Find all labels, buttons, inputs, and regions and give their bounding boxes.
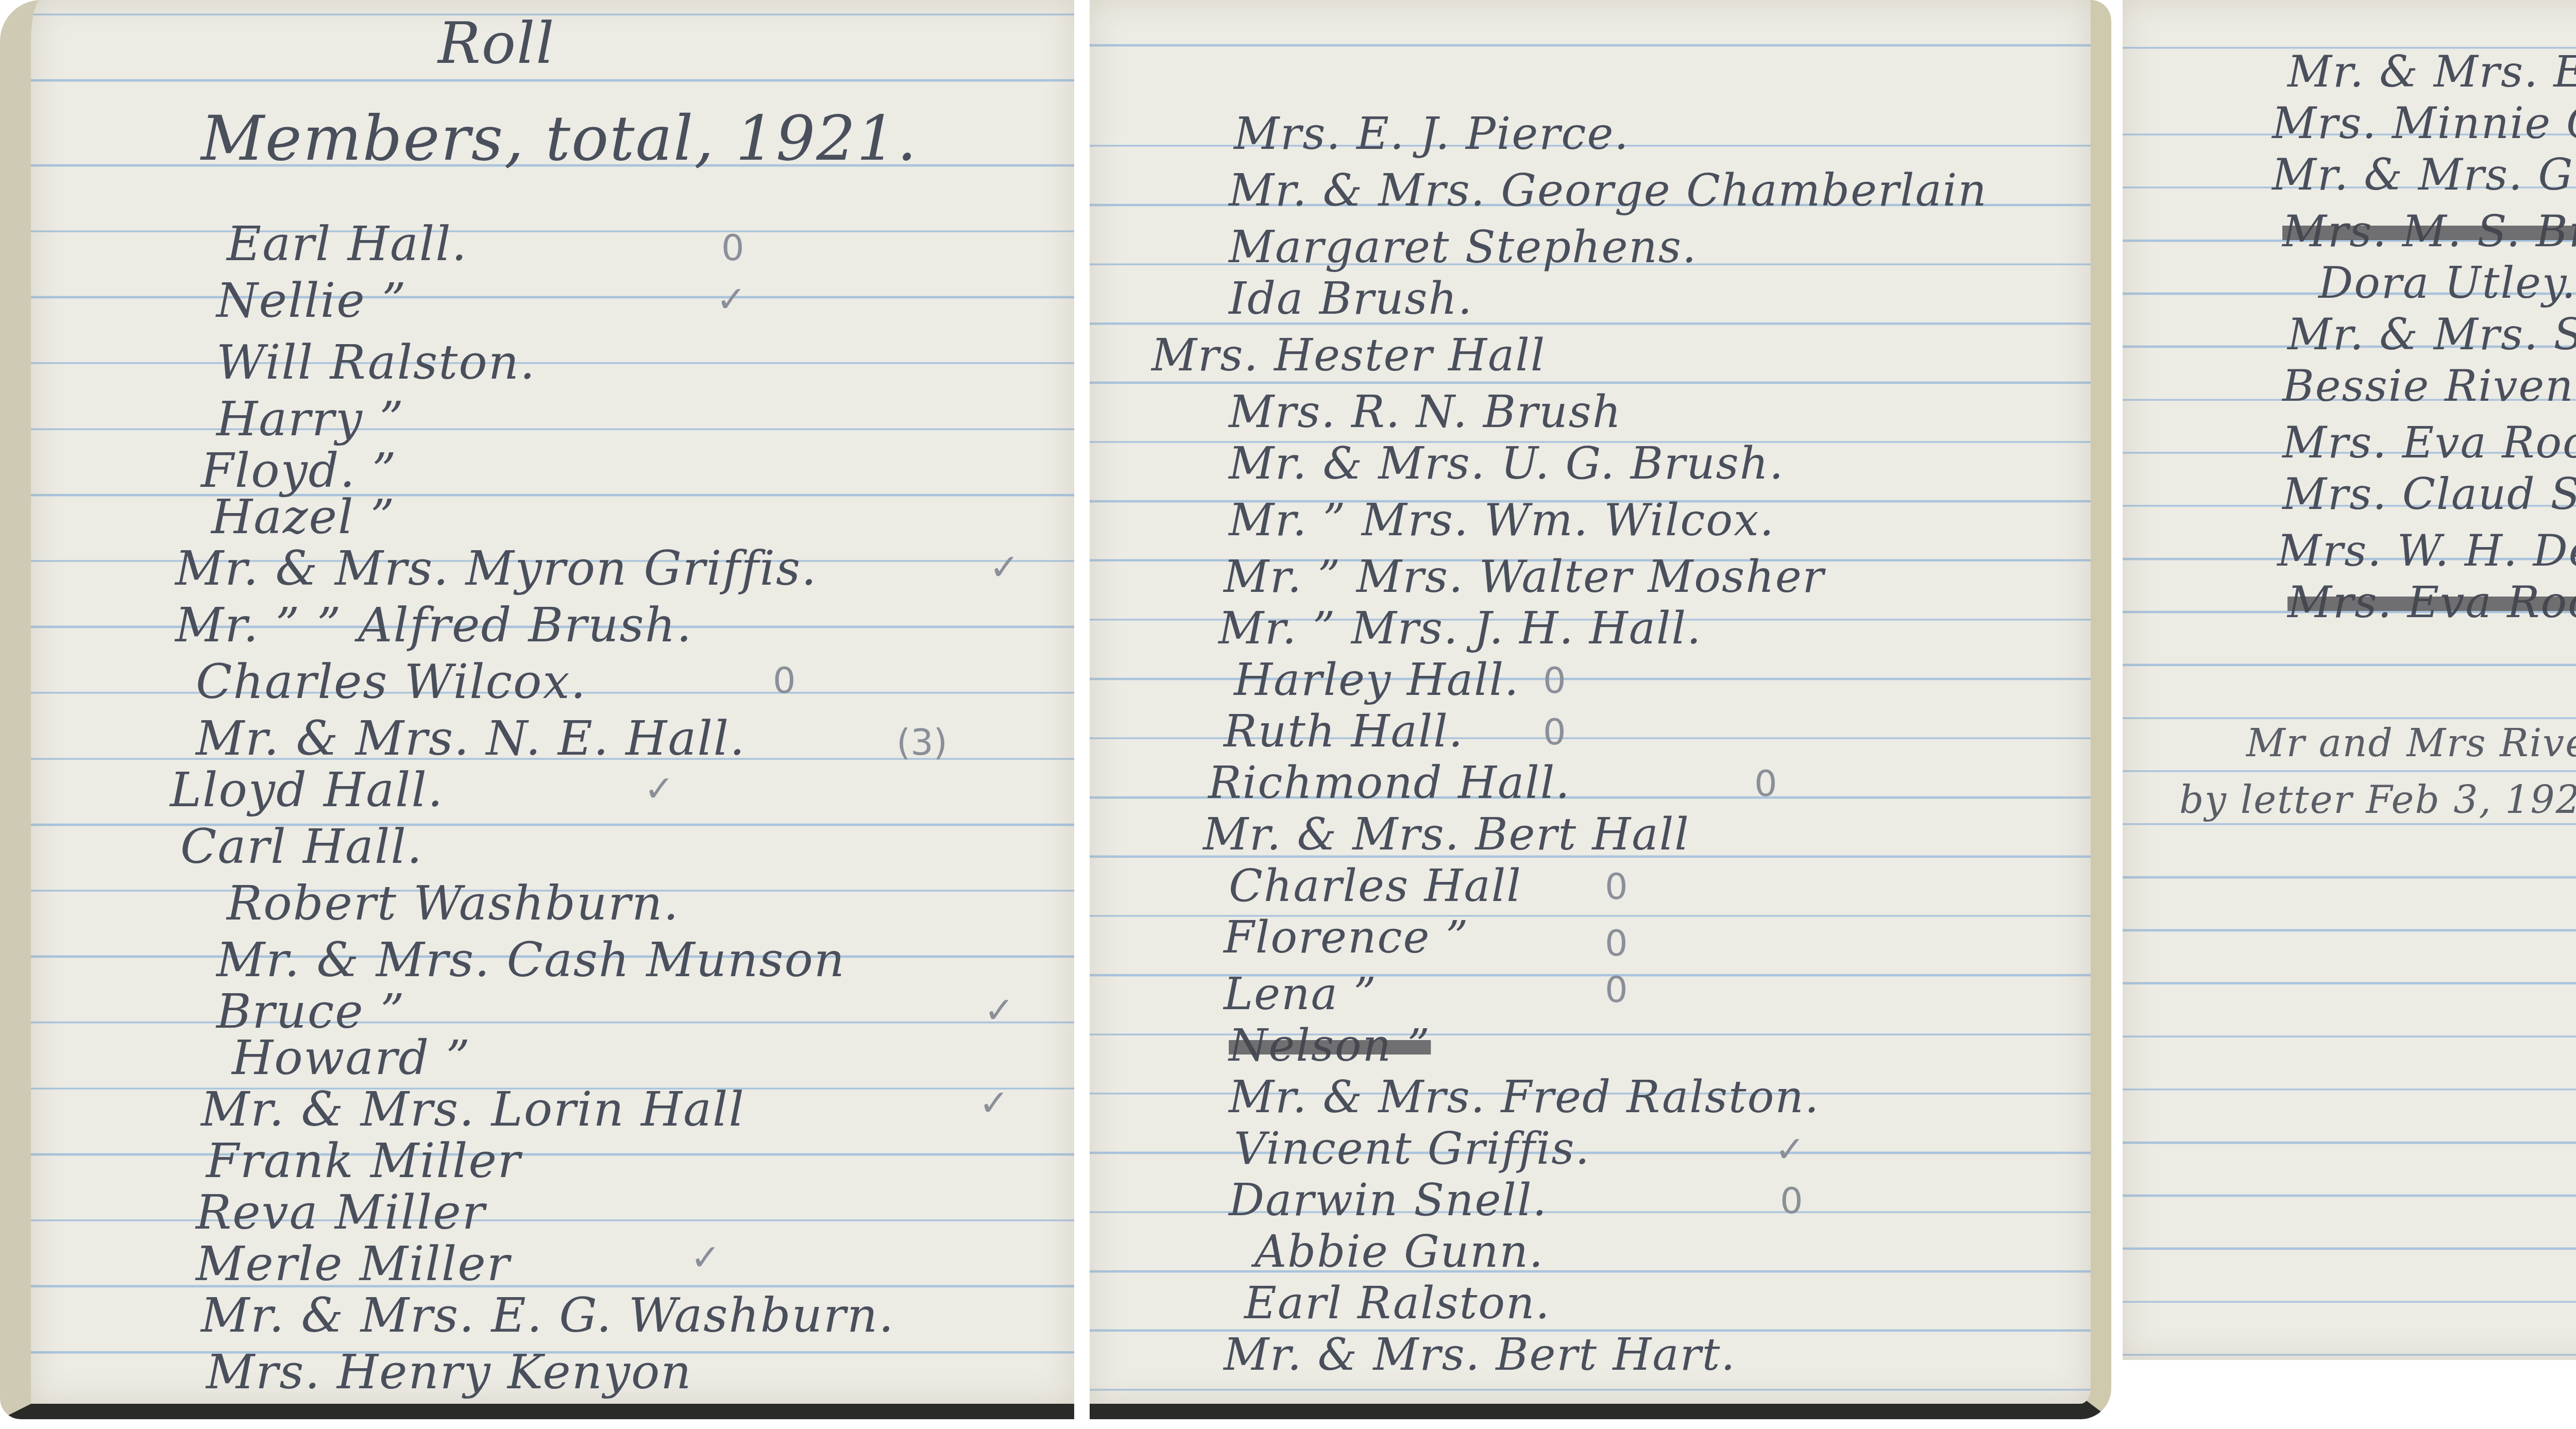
- list-item: Harley Hall.: [1234, 654, 1519, 706]
- list-item: Mr. ” Mrs. Wm. Wilcox.: [1229, 495, 1775, 546]
- checkmark-icon: ✓: [690, 1236, 721, 1279]
- zero-mark-icon: 0: [1605, 922, 1628, 964]
- members-heading: Members, total, 1921.: [201, 103, 918, 175]
- list-item: Harry ”: [216, 392, 404, 447]
- zero-mark-icon: 0: [1543, 711, 1566, 753]
- list-item: Mr. & Mrs. George Chamberlain: [1229, 165, 1988, 216]
- list-item: Mr. ” ” Alfred Brush.: [175, 598, 692, 653]
- list-item: Mr. & Mrs. E. M. Griffis.: [2287, 46, 2576, 97]
- roll-title: Roll: [438, 10, 555, 76]
- list-item: Mr. ” Mrs. Walter Mosher: [1224, 551, 1825, 603]
- dismissal-date: by letter Feb 3, 1924: [2179, 778, 2576, 822]
- list-item: Ruth Hall.: [1224, 706, 1464, 757]
- list-item: Margaret Stephens.: [1229, 222, 1697, 273]
- list-item: Bessie Rivenburg: [2282, 361, 2576, 411]
- checkmark-icon: ✓: [989, 546, 1020, 588]
- list-item: Abbie Gunn.: [1255, 1226, 1544, 1278]
- list-item: Dora Utley.: [2318, 258, 2576, 308]
- list-item: Merle Miller: [196, 1236, 511, 1291]
- checkmark-icon: ✓: [716, 278, 747, 320]
- list-item: Mrs. Henry Kenyon: [206, 1345, 692, 1400]
- list-item: Mr. & Mrs. Bert Hart.: [1224, 1329, 1736, 1381]
- list-item: Mr. & Mrs. Cash Munson: [216, 932, 845, 988]
- struck-list-item: Mrs. Eva Rooney.: [2287, 577, 2576, 627]
- list-item: Mr. & Mrs. Bert Hall: [1203, 809, 1690, 860]
- list-item: Robert Washburn.: [227, 876, 680, 931]
- list-item: Mr. & Mrs. Myron Griffis.: [175, 541, 818, 596]
- checkmark-icon: ✓: [984, 989, 1014, 1031]
- list-item: Nellie ”: [216, 273, 407, 328]
- zero-mark-icon: 0: [1605, 865, 1628, 908]
- list-item: Mr. & Mrs. E. G. Washburn.: [201, 1288, 894, 1343]
- notebook-page-middle: Mrs. E. J. Pierce. Mr. & Mrs. George Cha…: [1090, 0, 2111, 1419]
- list-item: Vincent Griffis.: [1234, 1123, 1590, 1175]
- zero-mark-icon: 0: [1780, 1180, 1803, 1222]
- list-item: Lloyd Hall.: [170, 762, 444, 818]
- list-item: Charles Hall: [1229, 860, 1522, 912]
- list-item: Florence ”: [1224, 912, 1469, 963]
- notebook-page-left: Roll Members, total, 1921. Earl Hall. 0 …: [0, 0, 1074, 1419]
- list-item: Mr. & Mrs. Lorin Hall: [201, 1082, 745, 1137]
- zero-mark-icon: 0: [1543, 659, 1566, 702]
- struck-list-item: Nelson ”: [1229, 1020, 1431, 1071]
- list-item: Mr. & Mrs. U. G. Brush.: [1229, 438, 1784, 489]
- list-item: Ida Brush.: [1229, 273, 1473, 325]
- list-item: Darwin Snell.: [1229, 1175, 1548, 1226]
- list-item: Mr. ” Mrs. J. H. Hall.: [1218, 603, 1702, 654]
- checkmark-icon: ✓: [644, 768, 674, 810]
- zero-mark-icon: 0: [1605, 968, 1628, 1011]
- list-item: Reva Miller: [196, 1185, 486, 1240]
- list-item: Lena ”: [1224, 968, 1377, 1020]
- struck-list-item: Mrs. M. S. Brush.: [2282, 206, 2576, 257]
- zero-mark-icon: 0: [773, 659, 796, 702]
- list-item: Mrs. W. H. DeLonge.: [2277, 525, 2576, 576]
- list-item: Mrs. E. J. Pierce.: [1234, 108, 1630, 160]
- count-mark: (3): [896, 721, 947, 763]
- zero-mark-icon: 0: [1754, 762, 1777, 805]
- list-item: Will Ralston.: [216, 335, 536, 390]
- list-item: Mr. & Mrs. N. E. Hall.: [196, 711, 746, 766]
- list-item: Mr. & Mrs. G. M. Hall.: [2272, 149, 2576, 200]
- list-item: Mr. & Mrs. S. Rivenburg.: [2287, 309, 2576, 360]
- checkmark-icon: ✓: [1775, 1128, 1805, 1170]
- list-item: Mrs. Minnie Conrad.: [2272, 98, 2576, 148]
- list-item: Mrs. Claud Snell: [2282, 469, 2576, 519]
- list-item: Mrs. Hester Hall: [1151, 330, 1546, 381]
- list-item: Hazel ”: [211, 489, 396, 545]
- dismissal-note: Mr and Mrs Rivenburg dismissed: [2246, 721, 2576, 765]
- list-item: Earl Ralston.: [1244, 1278, 1551, 1329]
- list-item: Howard ”: [232, 1030, 471, 1085]
- list-item: Earl Hall.: [227, 216, 468, 271]
- list-item: Frank Miller: [206, 1133, 521, 1188]
- list-item: Mrs. Eva Rooney.: [2282, 417, 2576, 468]
- zero-mark-icon: 0: [721, 227, 744, 269]
- list-item: Mr. & Mrs. Fred Ralston.: [1229, 1071, 1820, 1123]
- list-item: Mrs. R. N. Brush: [1229, 386, 1622, 438]
- list-item: Charles Wilcox.: [196, 654, 587, 709]
- checkmark-icon: ✓: [979, 1082, 1009, 1124]
- list-item: Carl Hall.: [180, 819, 423, 874]
- list-item: Richmond Hall.: [1208, 757, 1571, 809]
- notebook-page-right: Mr. & Mrs. E. M. Griffis. Mrs. Minnie Co…: [2123, 0, 2576, 1360]
